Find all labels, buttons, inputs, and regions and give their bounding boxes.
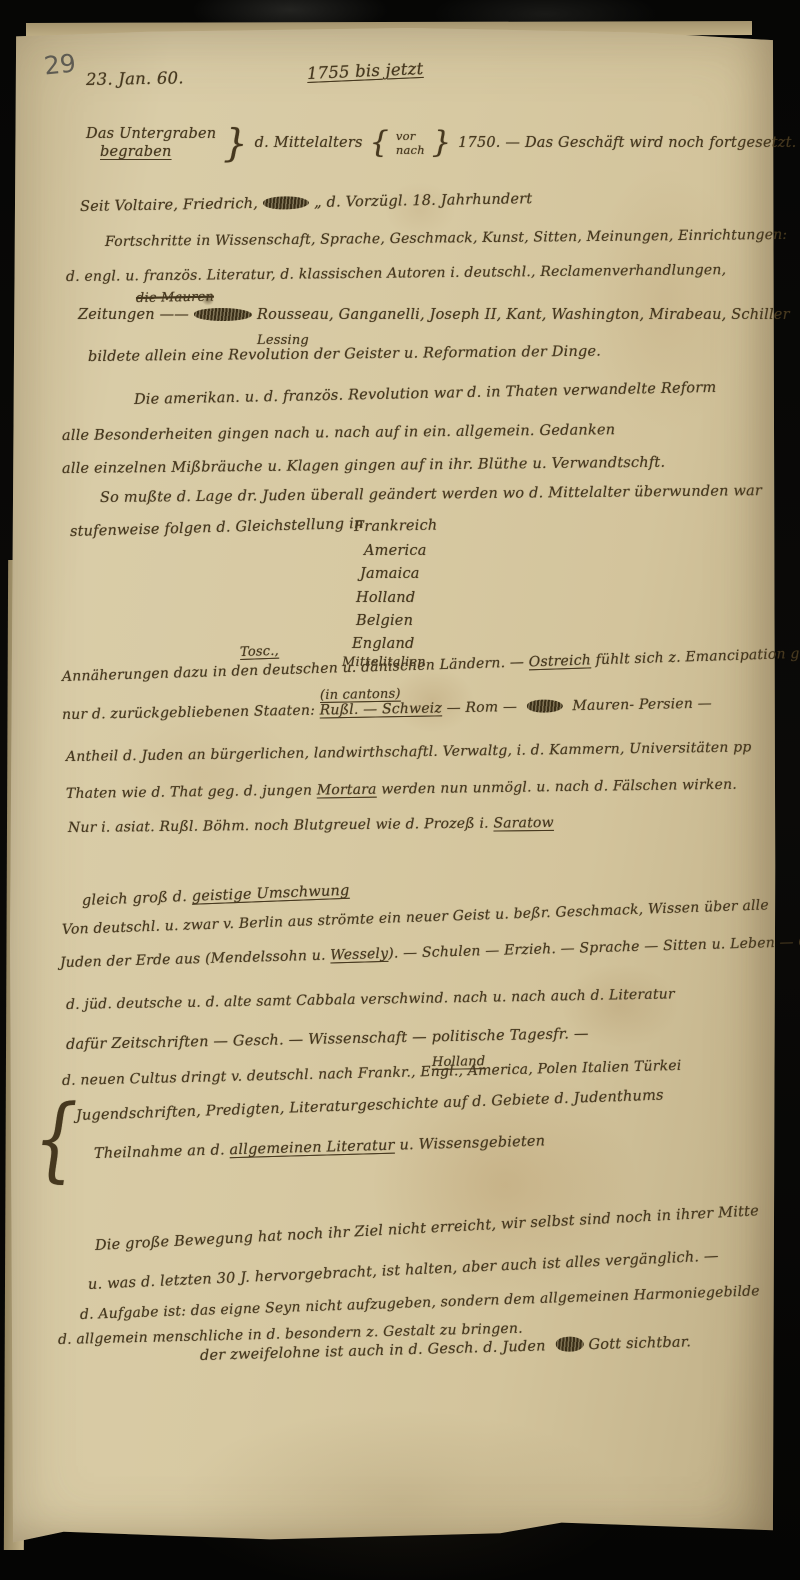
underlined-wessely: Wessely — [330, 946, 388, 964]
note-line: Zeitungen ——Rousseau, Ganganelli, Joseph… — [78, 307, 790, 323]
note-line-mittelalter: Das Untergraben begraben } d. Mittelalte… — [86, 124, 796, 162]
note-1750: 1750. — Das Geschäft wird noch fortgeset… — [458, 135, 796, 151]
scribbled-out-word — [527, 699, 563, 713]
list-item-country: Holland — [356, 590, 415, 606]
side-note-toscana: Tosc., — [240, 644, 279, 660]
brace-close-2: } — [432, 128, 451, 158]
word-begraben: begraben — [100, 143, 216, 161]
line-text: — Rom — — [442, 699, 522, 716]
line-text: Zeitungen —— — [78, 307, 189, 323]
list-item-country: America — [364, 543, 427, 559]
list-item-country: Jamaica — [360, 566, 420, 582]
list-item-country: England — [352, 636, 415, 652]
brace-open: { — [370, 128, 389, 158]
scribbled-out-word — [555, 1336, 583, 1352]
word-mittelalters: d. Mittelalters — [255, 135, 363, 151]
option-nach: nach — [396, 143, 425, 157]
struck-insert: die Mauren — [136, 290, 214, 306]
underlined-oestreich: Ostreich — [529, 652, 592, 670]
underlined-saratow: Saratow — [493, 815, 554, 832]
underlined-russl-schweiz: Rußl. — Schweiz — [320, 700, 443, 718]
line-text: Gott sichtbar. — [588, 1334, 691, 1353]
margin-brace: { — [34, 1098, 78, 1181]
word-untergraben: Das Untergraben — [86, 125, 216, 143]
line-text: Rousseau, Ganganelli, Joseph II, Kant, W… — [257, 307, 790, 323]
scribbled-out-word — [194, 308, 252, 321]
scribbled-out-word — [263, 196, 309, 210]
underlined-mortara: Mortara — [317, 782, 377, 799]
list-item-country: Frankreich — [354, 518, 438, 535]
page-number: 29 — [43, 48, 78, 80]
entry-date: 23. Jan. 60. — [86, 68, 184, 89]
brace-close: } — [223, 124, 247, 162]
option-vor: vor — [396, 129, 425, 143]
line-text: Seit Voltaire, Friedrich, — [80, 196, 258, 215]
insert-lessing: Lessing — [257, 333, 309, 348]
line-text: Mauren- Persien — — [568, 696, 712, 715]
list-item-country: Belgien — [356, 613, 413, 629]
